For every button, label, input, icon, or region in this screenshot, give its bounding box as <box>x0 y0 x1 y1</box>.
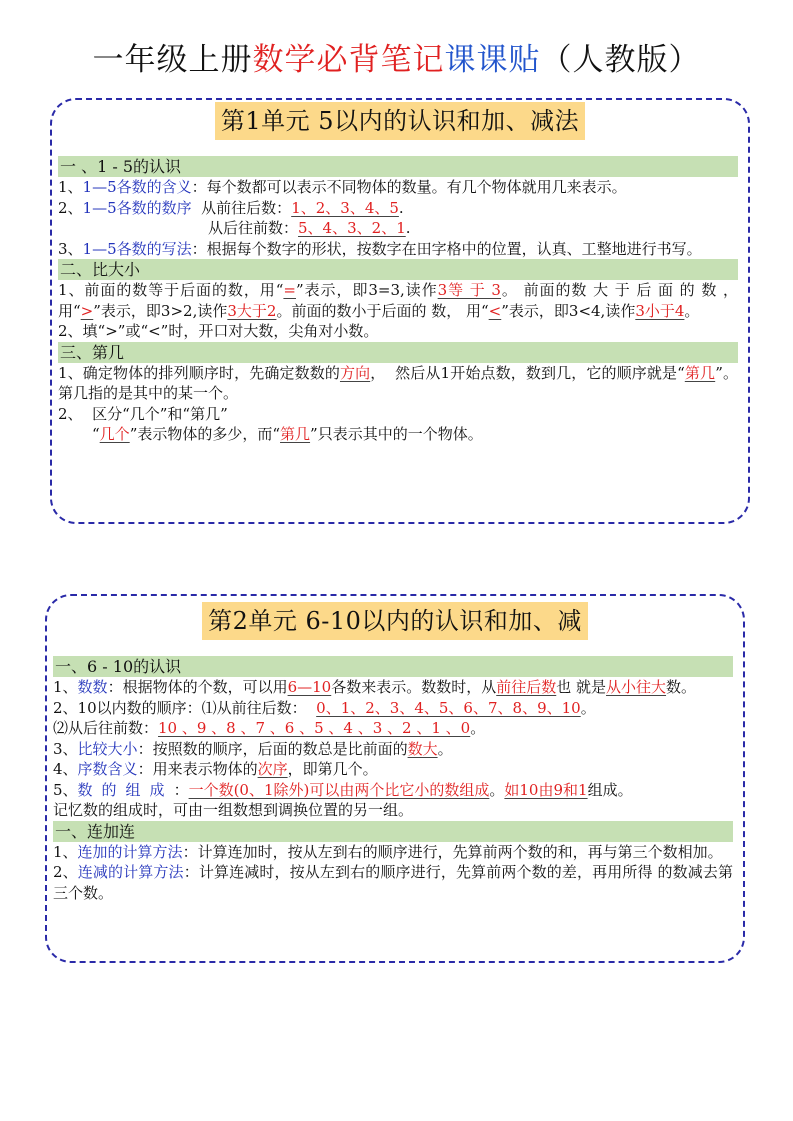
unit2-s1-item6: 记忆数的组成时，可由一组数想到调换位置的另一组。 <box>53 800 733 821</box>
symbol-less: < <box>489 302 502 320</box>
item-text: 也 就是 <box>556 678 606 696</box>
key-term: 比较大小 <box>78 740 138 758</box>
title-edition: （人教版） <box>541 42 701 78</box>
item-text: ⑵从后往前数： <box>53 719 158 737</box>
item-number: 5、 <box>53 781 78 799</box>
item-end: 。 <box>470 719 485 737</box>
answer-value: 3等 于 3 <box>438 281 501 299</box>
unit2-section1-heading: 一、6 - 10的认识 <box>53 656 733 677</box>
answer-value: 3小于4 <box>635 302 684 320</box>
item-text: ：根据每个数字的形状，按数字在田字格中的位置，认真、工整地进行书写。 <box>192 240 702 258</box>
key-term: 数数 <box>78 678 108 696</box>
symbol-greater: > <box>81 302 94 320</box>
unit1-title-wrap: 第1单元 5以内的认识和加、减法 <box>52 102 748 140</box>
item-text: ：计算连加时，按从左到右的顺序进行，先算前两个数的和，再与第三个数相加。 <box>183 843 723 861</box>
answer-value: 方向 <box>340 364 370 382</box>
item-text: ：用来表示物体的 <box>138 760 258 778</box>
item-number: 1、 <box>53 843 78 861</box>
item-number: 1、 <box>53 678 78 696</box>
item-text: ”表示，即3=3,读作 <box>296 281 438 299</box>
answer-value: 第几 <box>685 364 715 382</box>
title-grade: 一年级上册 <box>93 42 253 78</box>
unit2-s1-item2: 2、10以内数的顺序：⑴从前往后数： 0、1、2、3、4、5、6、7、8、9、1… <box>53 698 733 719</box>
answer-value: 3大于2 <box>227 302 276 320</box>
item-text: ， 然后从1开始点数，数到几，它的顺序就是“ <box>370 364 685 382</box>
key-term: 序数含义 <box>78 760 138 778</box>
key-term: 1—5各数的写法 <box>83 240 192 258</box>
item-label: 从前往后数： <box>192 199 292 217</box>
item-text: ”表示物体的多少，而“ <box>130 425 280 443</box>
unit1-content: 一 、1 - 5的认识 1、1—5各数的含义：每个数都可以表示不同物体的数量。有… <box>58 156 738 445</box>
answer-value: 第几 <box>280 425 310 443</box>
item-number: 1、 <box>58 178 83 196</box>
answer-value: 10 、9 、8 、7 、6 、5 、4 、3 、2 、1 、0 <box>158 719 470 737</box>
unit2-section2-heading: 一、连加连 <box>53 821 733 842</box>
key-term: 1—5各数的数序 <box>83 199 192 217</box>
unit2-s2-item1: 1、连加的计算方法：计算连加时，按从左到右的顺序进行，先算前两个数的和，再与第三… <box>53 842 733 863</box>
item-end: 。 <box>438 740 453 758</box>
item-text: ”表示，即3<4,读作 <box>501 302 635 320</box>
answer-value: 如10由9和1 <box>504 781 587 799</box>
answer-value: 数大 <box>408 740 438 758</box>
unit1-s1-item1: 1、1—5各数的含义：每个数都可以表示不同物体的数量。有几个物体就用几来表示。 <box>58 177 738 198</box>
item-text: ：每个数都可以表示不同物体的数量。有几个物体就用几来表示。 <box>192 178 627 196</box>
key-term: 连减的计算方法 <box>78 863 184 881</box>
unit1-s3-item3: “几个”表示物体的多少，而“第几”只表示其中的一个物体。 <box>58 424 738 445</box>
unit1-section3-heading: 三、第几 <box>58 342 738 363</box>
item-end: . <box>399 199 404 217</box>
answer-value: 一个数(0、1除外)可以由两个比它小的数组成 <box>189 781 490 799</box>
unit1-s1-item3: 3、1—5各数的写法：根据每个数字的形状，按数字在田字格中的位置，认真、工整地进… <box>58 239 738 260</box>
unit1-s2-item2: 2、填“>”或“<”时，开口对大数，尖角对小数。 <box>58 321 738 342</box>
page-title: 一年级上册数学必背笔记课课贴（人教版） <box>0 38 793 82</box>
answer-value: 前往后数 <box>496 678 556 696</box>
item-text: 数。 <box>666 678 696 696</box>
item-number: 3、 <box>53 740 78 758</box>
item-text: ：根据物体的个数，可以用 <box>108 678 288 696</box>
unit2-s2-item2: 2、连减的计算方法：计算连减时，按从左到右的顺序进行，先算前两个数的差，再用所得… <box>53 862 733 903</box>
item-text: 1、前面的数等于后面的数，用“ <box>58 281 283 299</box>
item-label: 从后往前数： <box>208 219 298 237</box>
unit1-title: 第1单元 5以内的认识和加、减法 <box>215 102 585 140</box>
item-text: 。 <box>489 781 504 799</box>
answer-value: 6—10 <box>288 678 332 696</box>
item-text: 各数来表示。数数时，从 <box>331 678 496 696</box>
item-text: ”表示，即3>2,读作 <box>93 302 227 320</box>
item-text: ： <box>174 781 189 799</box>
item-text: 2、10以内数的顺序：⑴从前往后数： <box>53 699 316 717</box>
key-term: 1—5各数的含义 <box>83 178 192 196</box>
item-text: 。前面的数小于后面的 数， 用“ <box>276 302 488 320</box>
item-end: . <box>406 219 411 237</box>
item-text: ：按照数的顺序，后面的数总是比前面的 <box>138 740 408 758</box>
unit1-card: 第1单元 5以内的认识和加、减法 一 、1 - 5的认识 1、1—5各数的含义：… <box>50 98 750 524</box>
unit1-s3-item1: 1、确定物体的排列顺序时，先确定数数的方向， 然后从1开始点数，数到几，它的顺序… <box>58 363 738 404</box>
answer-value: 次序 <box>258 760 288 778</box>
unit2-s1-item4: 4、序数含义：用来表示物体的次序，即第几个。 <box>53 759 733 780</box>
item-text: 组成。 <box>588 781 633 799</box>
answer-value: 从小往大 <box>606 678 666 696</box>
symbol-equal: = <box>283 281 296 299</box>
item-text: ，即第几个。 <box>288 760 378 778</box>
unit2-s1-item2b: ⑵从后往前数：10 、9 、8 、7 、6 、5 、4 、3 、2 、1 、0。 <box>53 718 733 739</box>
unit2-content: 一、6 - 10的认识 1、数数：根据物体的个数，可以用6—10各数来表示。数数… <box>53 656 733 903</box>
item-text: 1、确定物体的排列顺序时，先确定数数的 <box>58 364 340 382</box>
key-term: 连加的计算方法 <box>78 843 183 861</box>
item-text: ”只表示其中的一个物体。 <box>310 425 483 443</box>
unit1-s1-item2b: 从后往前数：5、4、3、2、1. <box>58 218 738 239</box>
unit1-section2-heading: 二、比大小 <box>58 259 738 280</box>
answer-value: 5、4、3、2、1 <box>298 219 406 237</box>
unit2-card: 第2单元 6-10以内的认识和加、减 一、6 - 10的认识 1、数数：根据物体… <box>45 594 745 963</box>
answer-value: 0、1、2、3、4、5、6、7、8、9、10 <box>316 699 581 717</box>
unit1-s3-item2: 2、 区分“几个”和“第几” <box>58 404 738 425</box>
item-number: 2、 <box>53 863 78 881</box>
unit2-s1-item5: 5、数的组成：一个数(0、1除外)可以由两个比它小的数组成。如10由9和1组成。 <box>53 780 733 801</box>
item-end: 。 <box>581 699 596 717</box>
title-lesson: 课课贴 <box>445 42 541 78</box>
unit1-section1-heading: 一 、1 - 5的认识 <box>58 156 738 177</box>
item-text: 。 <box>684 302 699 320</box>
answer-value: 1、2、3、4、5 <box>291 199 399 217</box>
answer-value: 几个 <box>100 425 130 443</box>
unit2-title: 第2单元 6-10以内的认识和加、减 <box>202 602 588 640</box>
title-notes: 数学必背笔记 <box>253 42 445 78</box>
unit1-s2-item1: 1、前面的数等于后面的数，用“=”表示，即3=3,读作3等 于 3。 前面的数 … <box>58 280 738 321</box>
key-term: 数的组成 <box>78 781 174 799</box>
item-number: 3、 <box>58 240 83 258</box>
unit1-s1-item2: 2、1—5各数的数序 从前往后数：1、2、3、4、5. <box>58 198 738 219</box>
item-number: 2、 <box>58 199 83 217</box>
item-text: “ <box>92 425 100 443</box>
unit2-s1-item3: 3、比较大小：按照数的顺序，后面的数总是比前面的数大。 <box>53 739 733 760</box>
unit2-title-wrap: 第2单元 6-10以内的认识和加、减 <box>47 602 743 640</box>
item-number: 4、 <box>53 760 78 778</box>
unit2-s1-item1: 1、数数：根据物体的个数，可以用6—10各数来表示。数数时，从前往后数也 就是从… <box>53 677 733 698</box>
